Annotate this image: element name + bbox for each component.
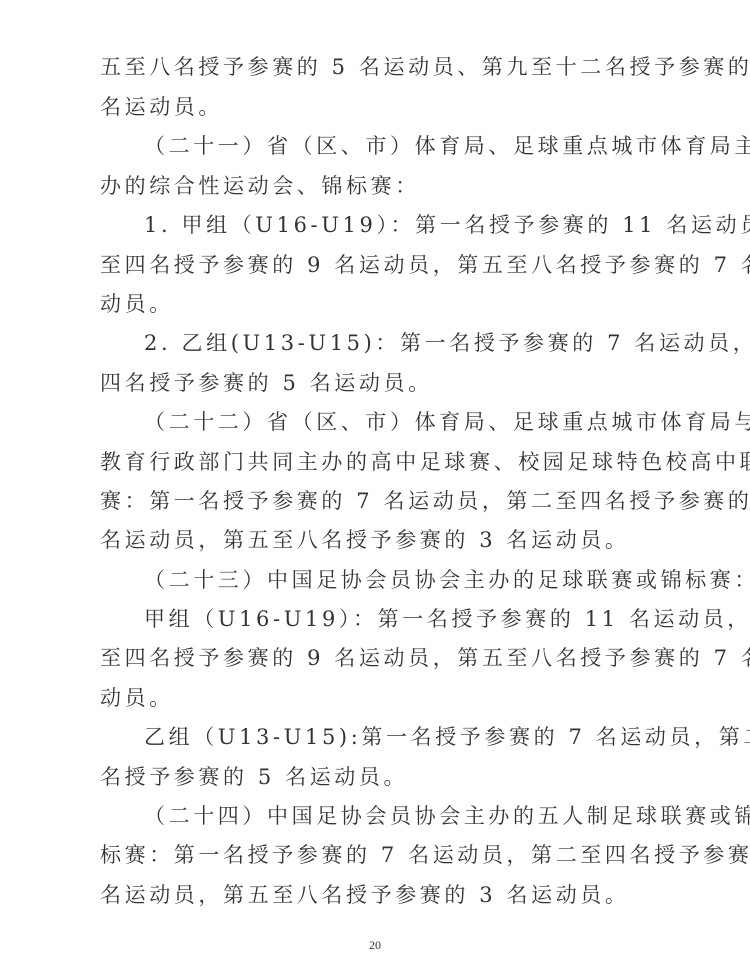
text-line: 赛：第一名授予参赛的 7 名运动员，第二至四名授予参赛的 5 [100,482,645,521]
text-line: 动员。 [100,285,645,324]
list-item-group-a: 甲组（U16-U19）：第一名授予参赛的 11 名运动员，第二 [100,600,645,639]
text-line: 名运动员，第五至八名授予参赛的 3 名运动员。 [100,521,645,560]
document-body: 五至八名授予参赛的 5 名运动员、第九至十二名授予参赛的 3 名运动员。 （二十… [100,46,645,915]
text-line: 至四名授予参赛的 9 名运动员，第五至八名授予参赛的 7 名运 [100,246,645,285]
section-heading-23: （二十三）中国足协会员协会主办的足球联赛或锦标赛： [100,561,645,600]
text-line: 名运动员，第五至八名授予参赛的 3 名运动员。 [100,876,645,915]
section-heading-21: （二十一）省（区、市）体育局、足球重点城市体育局主 [100,127,645,166]
section-heading-24: （二十四）中国足协会员协会主办的五人制足球联赛或锦 [100,797,645,836]
text-line: 四名授予参赛的 5 名运动员。 [100,364,645,403]
text-line: 办的综合性运动会、锦标赛： [100,167,645,206]
text-line: 动员。 [100,679,645,718]
list-item-group-b: 乙组（U13-U15):第一名授予参赛的 7 名运动员，第二至四 [100,718,645,757]
list-item-group-b: 2. 乙组(U13-U15)：第一名授予参赛的 7 名运动员，第二至 [100,324,645,363]
list-item-group-a: 1. 甲组（U16-U19）：第一名授予参赛的 11 名运动员，第二 [100,206,645,245]
text-line: 教育行政部门共同主办的高中足球赛、校园足球特色校高中联 [100,443,645,482]
text-line: 五至八名授予参赛的 5 名运动员、第九至十二名授予参赛的 3 [100,46,645,88]
text-line: 名授予参赛的 5 名运动员。 [100,758,645,797]
text-line: 名运动员。 [100,88,645,127]
text-line: 至四名授予参赛的 9 名运动员，第五至八名授予参赛的 7 名运 [100,639,645,678]
section-heading-22: （二十二）省（区、市）体育局、足球重点城市体育局与 [100,403,645,442]
text-line: 标赛：第一名授予参赛的 7 名运动员，第二至四名授予参赛的 5 [100,836,645,875]
page-number: 20 [0,938,750,953]
